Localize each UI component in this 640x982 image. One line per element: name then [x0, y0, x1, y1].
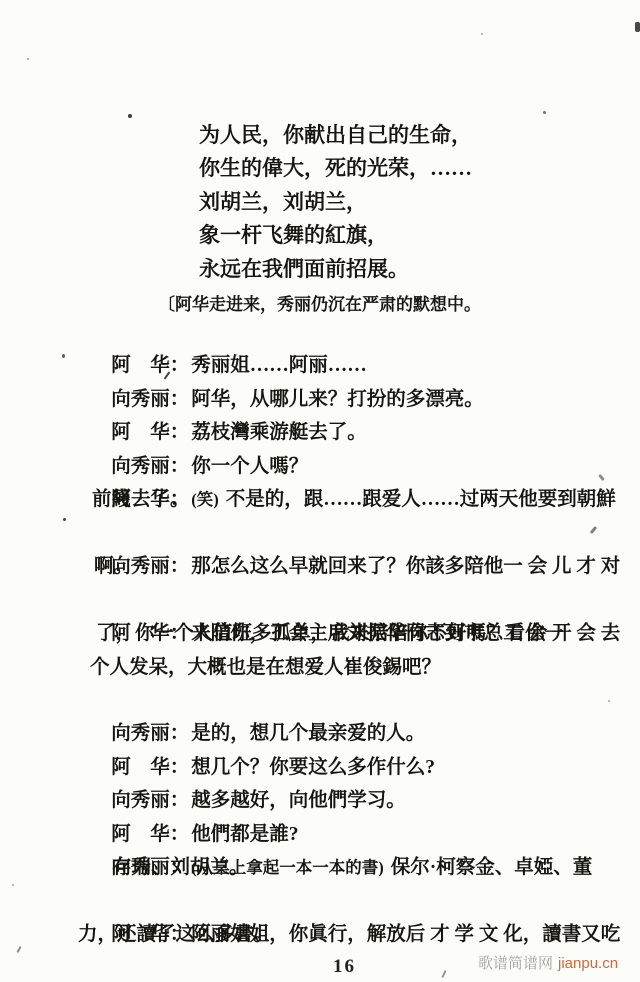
dialogue-continuation: 了，你一个人值班多孤单，我来陪陪你不好嗎？看你一 [0, 617, 640, 650]
ink-speck [27, 58, 29, 60]
lyric-line: 为人民，你献出自己的生命， [199, 119, 472, 152]
dialogue-row: 阿 华：秀丽姐……阿丽…… [0, 316, 640, 349]
lyric-line: 象一杆飞舞的紅旗， [199, 219, 472, 252]
watermark-site-url: jianpu.cn [558, 955, 618, 972]
ink-speck [635, 22, 640, 32]
dialogue-text: 他們都是誰? [191, 824, 298, 845]
dialogue-continuation: 个人发呆，大概也是在想爱人崔俊錫吧？ [0, 651, 640, 684]
dialogue-text: 秀丽姐……阿丽…… [191, 355, 367, 376]
lyric-line: 刘胡兰，刘胡兰， [199, 186, 472, 219]
dialogue-row: 向秀丽：是的，想几个最亲爱的人。 [0, 684, 640, 717]
stage-direction: 〔阿华走进来，秀丽仍沉在严肃的默想中。 [158, 293, 481, 317]
dialogue-row: 向秀丽：那怎么这么早就回来了？你該多陪他一 会 儿 才 对 [0, 517, 640, 550]
speaker-name: 阿 华： [111, 349, 189, 382]
dialogue-text: 你一个人嗎？ [191, 456, 308, 477]
dialogue-block: 阿 华：秀丽姐……阿丽…… 向秀丽：阿华，从哪儿来？打扮的多漂亮。 阿 华：荔枝… [0, 316, 640, 952]
ink-speck [128, 114, 132, 118]
dialogue-text: 保尔·柯察金、卓婭、董 [391, 857, 593, 878]
lyrics-block: 为人民，你献出自己的生命， 你生的偉大，死的光荣，…… 刘胡兰，刘胡兰， 象一杆… [199, 119, 472, 286]
ink-speck [63, 518, 66, 521]
ink-speck [62, 354, 65, 358]
lyric-line: 永远在我們面前招展。 [199, 253, 472, 286]
dialogue-text: 是的，想几个最亲爱的人。 [191, 723, 425, 744]
speaker-name: 阿 华： [111, 818, 189, 851]
ink-speck [543, 111, 546, 114]
page-number: 16 [333, 956, 356, 978]
ink-speck [441, 970, 446, 978]
speaker-name: 阿 华： [111, 751, 189, 784]
speaker-name: 向秀丽： [111, 383, 189, 416]
dialogue-text: 荔枝灣乘游艇去了。 [191, 422, 367, 443]
dialogue-row: 阿 华：阿丽姐姐，你眞行，解放后 才 学 文 化，讀書又吃 [0, 885, 640, 918]
dialogue-text: 阿华，从哪儿来？打扮的多漂亮。 [191, 389, 484, 410]
stage-note-inline: (笑) [191, 490, 219, 509]
dialogue-text: 不是的，跟……跟爱人……过两天他要到朝鮮 [226, 489, 616, 510]
speaker-name: 向秀丽： [111, 450, 189, 483]
dialogue-text: 那怎么这么早就回来了？你該多陪他一 会 儿 才 对 [191, 556, 620, 577]
ink-speck [12, 884, 14, 886]
ink-speck [608, 700, 610, 702]
scanned-page: 为人民，你献出自己的生命， 你生的偉大，死的光荣，…… 刘胡兰，刘胡兰， 象一杆… [0, 0, 640, 982]
dialogue-text: 越多越好，向他們学习。 [191, 790, 406, 811]
dialogue-text: 想几个？你要这么多作什么? [191, 757, 435, 778]
watermark: 歌谱简谱网jianpu.cn [478, 952, 618, 973]
lyric-line: 你生的偉大，死的光荣，…… [199, 152, 472, 185]
watermark-site-name: 歌谱简谱网 [478, 955, 553, 972]
speaker-name: 阿 华： [111, 416, 189, 449]
speaker-name: 向秀丽： [111, 784, 189, 817]
speaker-name: 向秀丽： [111, 717, 189, 750]
dialogue-row: 阿 华：来陪你，工会主席刘振华同志到市总工 会 开 会 去 [0, 584, 640, 617]
ink-speck [481, 33, 483, 35]
